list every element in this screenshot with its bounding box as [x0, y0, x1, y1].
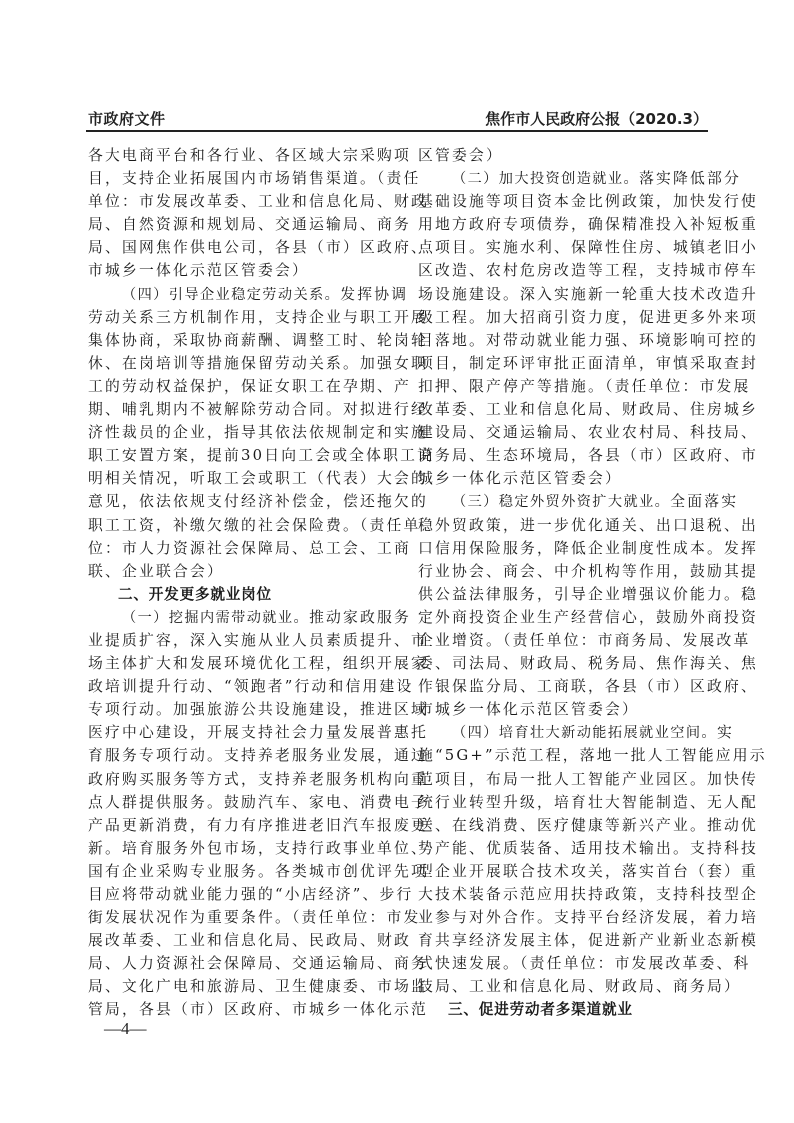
text-line: 职工工资，补缴欠缴的社会保险费。（责任单 [88, 514, 384, 537]
text-line: 局、文化广电和旅游局、卫生健康委、市场监 [88, 975, 384, 998]
text-line: 区改造、农村危房改造等工程，支持城市停车 [418, 259, 710, 282]
paragraph-start: （二）加大投资创造就业。落实降低部分 [418, 167, 710, 190]
text-line: 行业协会、商会、中介机构等作用，鼓励其提 [418, 560, 710, 583]
text-line: 城乡一体化示范区管委会） [418, 467, 710, 490]
text-line: 用地方政府专项债券，确保精准投入补短板重 [418, 213, 710, 236]
text-line: 业参与对外合作。支持平台经济发展，着力培 [418, 906, 710, 929]
text-line: 位：市人力资源社会保障局、总工会、工商 [88, 537, 384, 560]
paragraph-start: （四）培育壮大新动能拓展就业空间。实 [418, 721, 710, 744]
text-line: 点项目。实施水利、保障性住房、城镇老旧小 [418, 236, 710, 259]
text-line: 局、国网焦作供电公司，各县（市）区政府、 [88, 236, 384, 259]
page-header: 市政府文件 焦作市人民政府公报（2020.3） [86, 108, 708, 132]
text-line: 街发展状况作为重要条件。（责任单位：市发 [88, 906, 384, 929]
text-line: 育服务专项行动。支持养老服务业发展，通过 [88, 744, 384, 767]
paragraph-start: （一）挖掘内需带动就业。推动家政服务 [88, 606, 384, 629]
paragraph-start: （三）稳定外贸外资扩大就业。全面落实 [418, 490, 710, 513]
text-line: 统行业转型升级，培育壮大智能制造、无人配 [418, 791, 710, 814]
text-line: 专项行动。加强旅游公共设施建设，推进区域 [88, 698, 384, 721]
subsection-heading: （二）加大投资创造就业。 [452, 171, 639, 187]
text-line: 稳外贸政策，进一步优化通关、出口退税、出 [418, 514, 710, 537]
text-line: 工的劳动权益保护，保证女职工在孕期、产 [88, 375, 384, 398]
section-heading: 三、促进劳动者多渠道就业 [418, 998, 710, 1021]
text-line: 口信用保险服务，降低企业制度性成本。发挥 [418, 537, 710, 560]
text-line: 场设施建设。深入实施新一轮重大技术改造升 [418, 283, 710, 306]
text-line: 技局、工业和信息化局、财政局、商务局） [418, 975, 710, 998]
text-run: 落实降低部分 [639, 170, 741, 187]
section-heading: 二、开发更多就业岗位 [88, 583, 384, 606]
text-line: 育共享经济发展主体，促进新产业新业态新模 [418, 929, 710, 952]
text-line: 大技术装备示范应用扶持政策，支持科技型企 [418, 883, 710, 906]
text-line: 济性裁员的企业，指导其依法依规制定和实施 [88, 421, 384, 444]
text-line: 展改革委、工业和信息化局、民政局、财政 [88, 929, 384, 952]
text-line: 职工安置方案，提前30日向工会或全体职工说 [88, 444, 384, 467]
text-line: 新。培育服务外包市场，支持行政事业单位、 [88, 837, 384, 860]
text-line: 扣押、限产停产等措施。（责任单位：市发展 [418, 375, 710, 398]
text-line: 送、在线消费、医疗健康等新兴产业。推动优 [418, 814, 710, 837]
text-run: 推动家政服务 [309, 609, 411, 626]
text-line: 单位：市发展改革委、工业和信息化局、财政 [88, 190, 384, 213]
text-line: 意见，依法依规支付经济补偿金，偿还拖欠的 [88, 490, 384, 513]
text-line: 区管委会） [418, 144, 710, 167]
left-column: 各大电商平台和各行业、各区域大宗采购项 目，支持企业拓展国内市场销售渠道。（责任… [88, 144, 384, 1022]
text-line: 市城乡一体化示范区管委会） [418, 698, 710, 721]
text-line: 集体协商，采取协商薪酬、调整工时、轮岗轮 [88, 329, 384, 352]
right-column: 区管委会） （二）加大投资创造就业。落实降低部分 基础设施等项目资本金比例政策，… [418, 144, 710, 1022]
text-run: 发挥协调 [340, 286, 408, 303]
text-line: 委、司法局、财政局、税务局、焦作海关、焦 [418, 652, 710, 675]
publication-title: 焦作市人民政府公报（2020.3） [485, 108, 708, 129]
text-line: 级工程。加大招商引资力度，促进更多外来项 [418, 306, 710, 329]
text-line: 作银保监分局、工商联，各县（市）区政府、 [418, 675, 710, 698]
text-line: 休、在岗培训等措施保留劳动关系。加强女职 [88, 352, 384, 375]
text-line: 医疗中心建设，开展支持社会力量发展普惠托 [88, 721, 384, 744]
text-line: 建设局、交通运输局、农业农村局、科技局、 [418, 421, 710, 444]
subsection-heading: （三）稳定外贸外资扩大就业。 [452, 494, 670, 510]
text-line: 基础设施等项目资本金比例政策，加快发行使 [418, 190, 710, 213]
text-line: 国有企业采购专业服务。各类城市创优评先项 [88, 860, 384, 883]
text-line: 改革委、工业和信息化局、财政局、住房城乡 [418, 398, 710, 421]
text-line: 企业增资。（责任单位：市商务局、发展改革 [418, 629, 710, 652]
text-line: 场主体扩大和发展环境优化工程，组织开展家 [88, 652, 384, 675]
text-line: 各大电商平台和各行业、各区域大宗采购项 [88, 144, 384, 167]
text-line: 目应将带动就业能力强的“小店经济”、步行 [88, 883, 384, 906]
text-line: 施“5G+”示范工程，落地一批人工智能应用示 [418, 744, 710, 767]
text-line: 式快速发展。（责任单位：市发展改革委、科 [418, 952, 710, 975]
text-line: 点人群提供服务。鼓励汽车、家电、消费电子 [88, 791, 384, 814]
text-line: 业提质扩容，深入实施从业人员素质提升、市 [88, 629, 384, 652]
text-line: 政府购买服务等方式，支持养老服务机构向重 [88, 768, 384, 791]
subsection-heading: （四）培育壮大新动能拓展就业空间。 [452, 725, 717, 741]
text-line: 目落地。对带动就业能力强、环境影响可控的 [418, 329, 710, 352]
page-number: —4— [104, 1019, 147, 1039]
text-line: 目，支持企业拓展国内市场销售渠道。（责任 [88, 167, 384, 190]
text-line: 产品更新消费，有力有序推进老旧汽车报废更 [88, 814, 384, 837]
text-run: 全面落实 [670, 493, 738, 510]
paragraph-start: （四）引导企业稳定劳动关系。发挥协调 [88, 283, 384, 306]
text-line: 型企业开展联合技术攻关，落实首台（套）重 [418, 860, 710, 883]
text-line: 范项目，布局一批人工智能产业园区。加快传 [418, 768, 710, 791]
text-line: 定外商投资企业生产经营信心，鼓励外商投资 [418, 606, 710, 629]
text-line: 劳动关系三方机制作用，支持企业与职工开展 [88, 306, 384, 329]
text-run: 实 [717, 724, 734, 741]
text-line: 项目，制定环评审批正面清单，审慎采取查封 [418, 352, 710, 375]
subsection-heading: （四）引导企业稳定劳动关系。 [122, 287, 340, 303]
text-line: 势产能、优质装备、适用技术输出。支持科技 [418, 837, 710, 860]
text-line: 市城乡一体化示范区管委会） [88, 259, 384, 282]
document-category: 市政府文件 [88, 108, 166, 129]
text-line: 期、哺乳期内不被解除劳动合同。对拟进行经 [88, 398, 384, 421]
text-line: 明相关情况，听取工会或职工（代表）大会的 [88, 467, 384, 490]
text-line: 商务局、生态环境局，各县（市）区政府、市 [418, 444, 710, 467]
text-line: 联、企业联合会） [88, 560, 384, 583]
subsection-heading: （一）挖掘内需带动就业。 [122, 610, 309, 626]
text-line: 局、自然资源和规划局、交通运输局、商务 [88, 213, 384, 236]
text-line: 局、人力资源社会保障局、交通运输局、商务 [88, 952, 384, 975]
text-line: 供公益法律服务，引导企业增强议价能力。稳 [418, 583, 710, 606]
text-line: 政培训提升行动、“领跑者”行动和信用建设 [88, 675, 384, 698]
